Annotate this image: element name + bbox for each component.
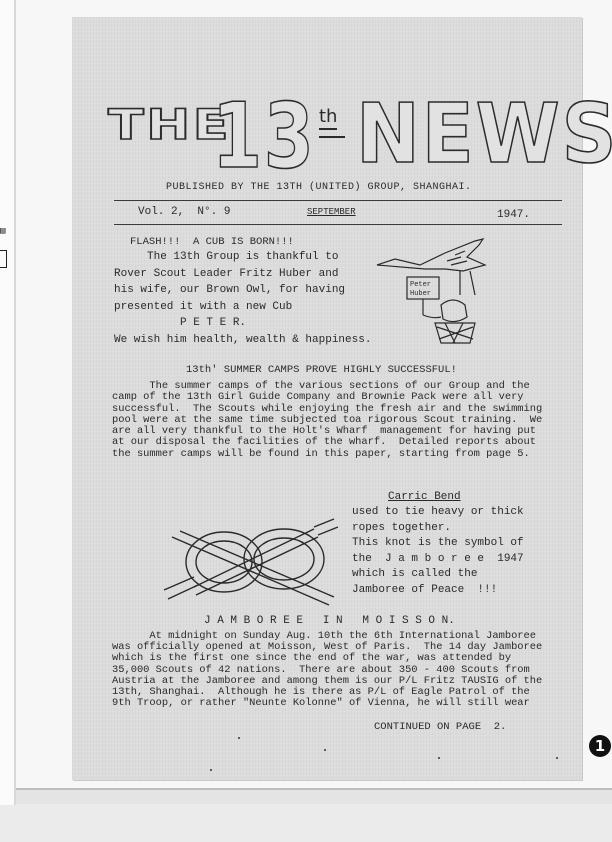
summer-camps-body: The summer camps of the various sections… bbox=[112, 381, 542, 460]
speck bbox=[324, 749, 326, 751]
jamboree-body: At midnight on Sunday Aug. 10th the 6th … bbox=[112, 631, 542, 709]
edge-mark: ▤ bbox=[0, 226, 5, 236]
speck bbox=[210, 769, 212, 771]
issue-year: 1947. bbox=[497, 209, 530, 221]
summer-camps-headline: 13th' SUMMER CAMPS PROVE HIGHLY SUCCESSF… bbox=[186, 364, 457, 376]
edge-mark-box bbox=[0, 250, 7, 268]
header-rule-bottom bbox=[114, 224, 562, 225]
speck bbox=[238, 737, 240, 739]
issue-month: SEPTEMBER bbox=[307, 207, 356, 217]
masthead-suffix-underline bbox=[319, 136, 345, 138]
newsletter-page: THE 13 th NEWS PUBLISHED BY THE 13TH (UN… bbox=[72, 17, 582, 780]
svg-text:Peter: Peter bbox=[410, 281, 431, 289]
flash-headline: FLASH!!! A CUB IS BORN!!! bbox=[130, 236, 294, 248]
masthead: THE 13 th NEWS bbox=[106, 92, 556, 187]
masthead-number: 13 bbox=[212, 92, 315, 182]
viewer-bottom-bar bbox=[16, 788, 612, 804]
previous-page-edge[interactable]: ▤ bbox=[0, 0, 16, 805]
carrick-bend-body: used to tie heavy or thick ropes togethe… bbox=[352, 505, 524, 599]
issue-volume: Vol. 2, N°. 9 bbox=[138, 206, 230, 218]
header-rule-top bbox=[114, 200, 562, 201]
jamboree-headline: J A M B O R E E I N M O I S S O N. bbox=[204, 615, 455, 627]
carrick-bend-title: Carric Bend bbox=[388, 491, 461, 503]
stork-with-cub-illustration: Peter Huber bbox=[375, 235, 500, 350]
continued-note: CONTINUED ON PAGE 2. bbox=[374, 721, 506, 733]
masthead-suffix: th bbox=[319, 106, 337, 130]
speck bbox=[438, 757, 440, 759]
masthead-news: NEWS bbox=[356, 94, 612, 176]
page-number-badge[interactable]: 1 bbox=[589, 735, 611, 757]
flash-body: The 13th Group is thankful to Rover Scou… bbox=[114, 249, 371, 348]
publisher-line: PUBLISHED BY THE 13TH (UNITED) GROUP, SH… bbox=[166, 182, 472, 193]
carrick-bend-knot-illustration bbox=[134, 507, 354, 607]
svg-text:Huber: Huber bbox=[410, 290, 431, 298]
speck bbox=[556, 757, 558, 759]
